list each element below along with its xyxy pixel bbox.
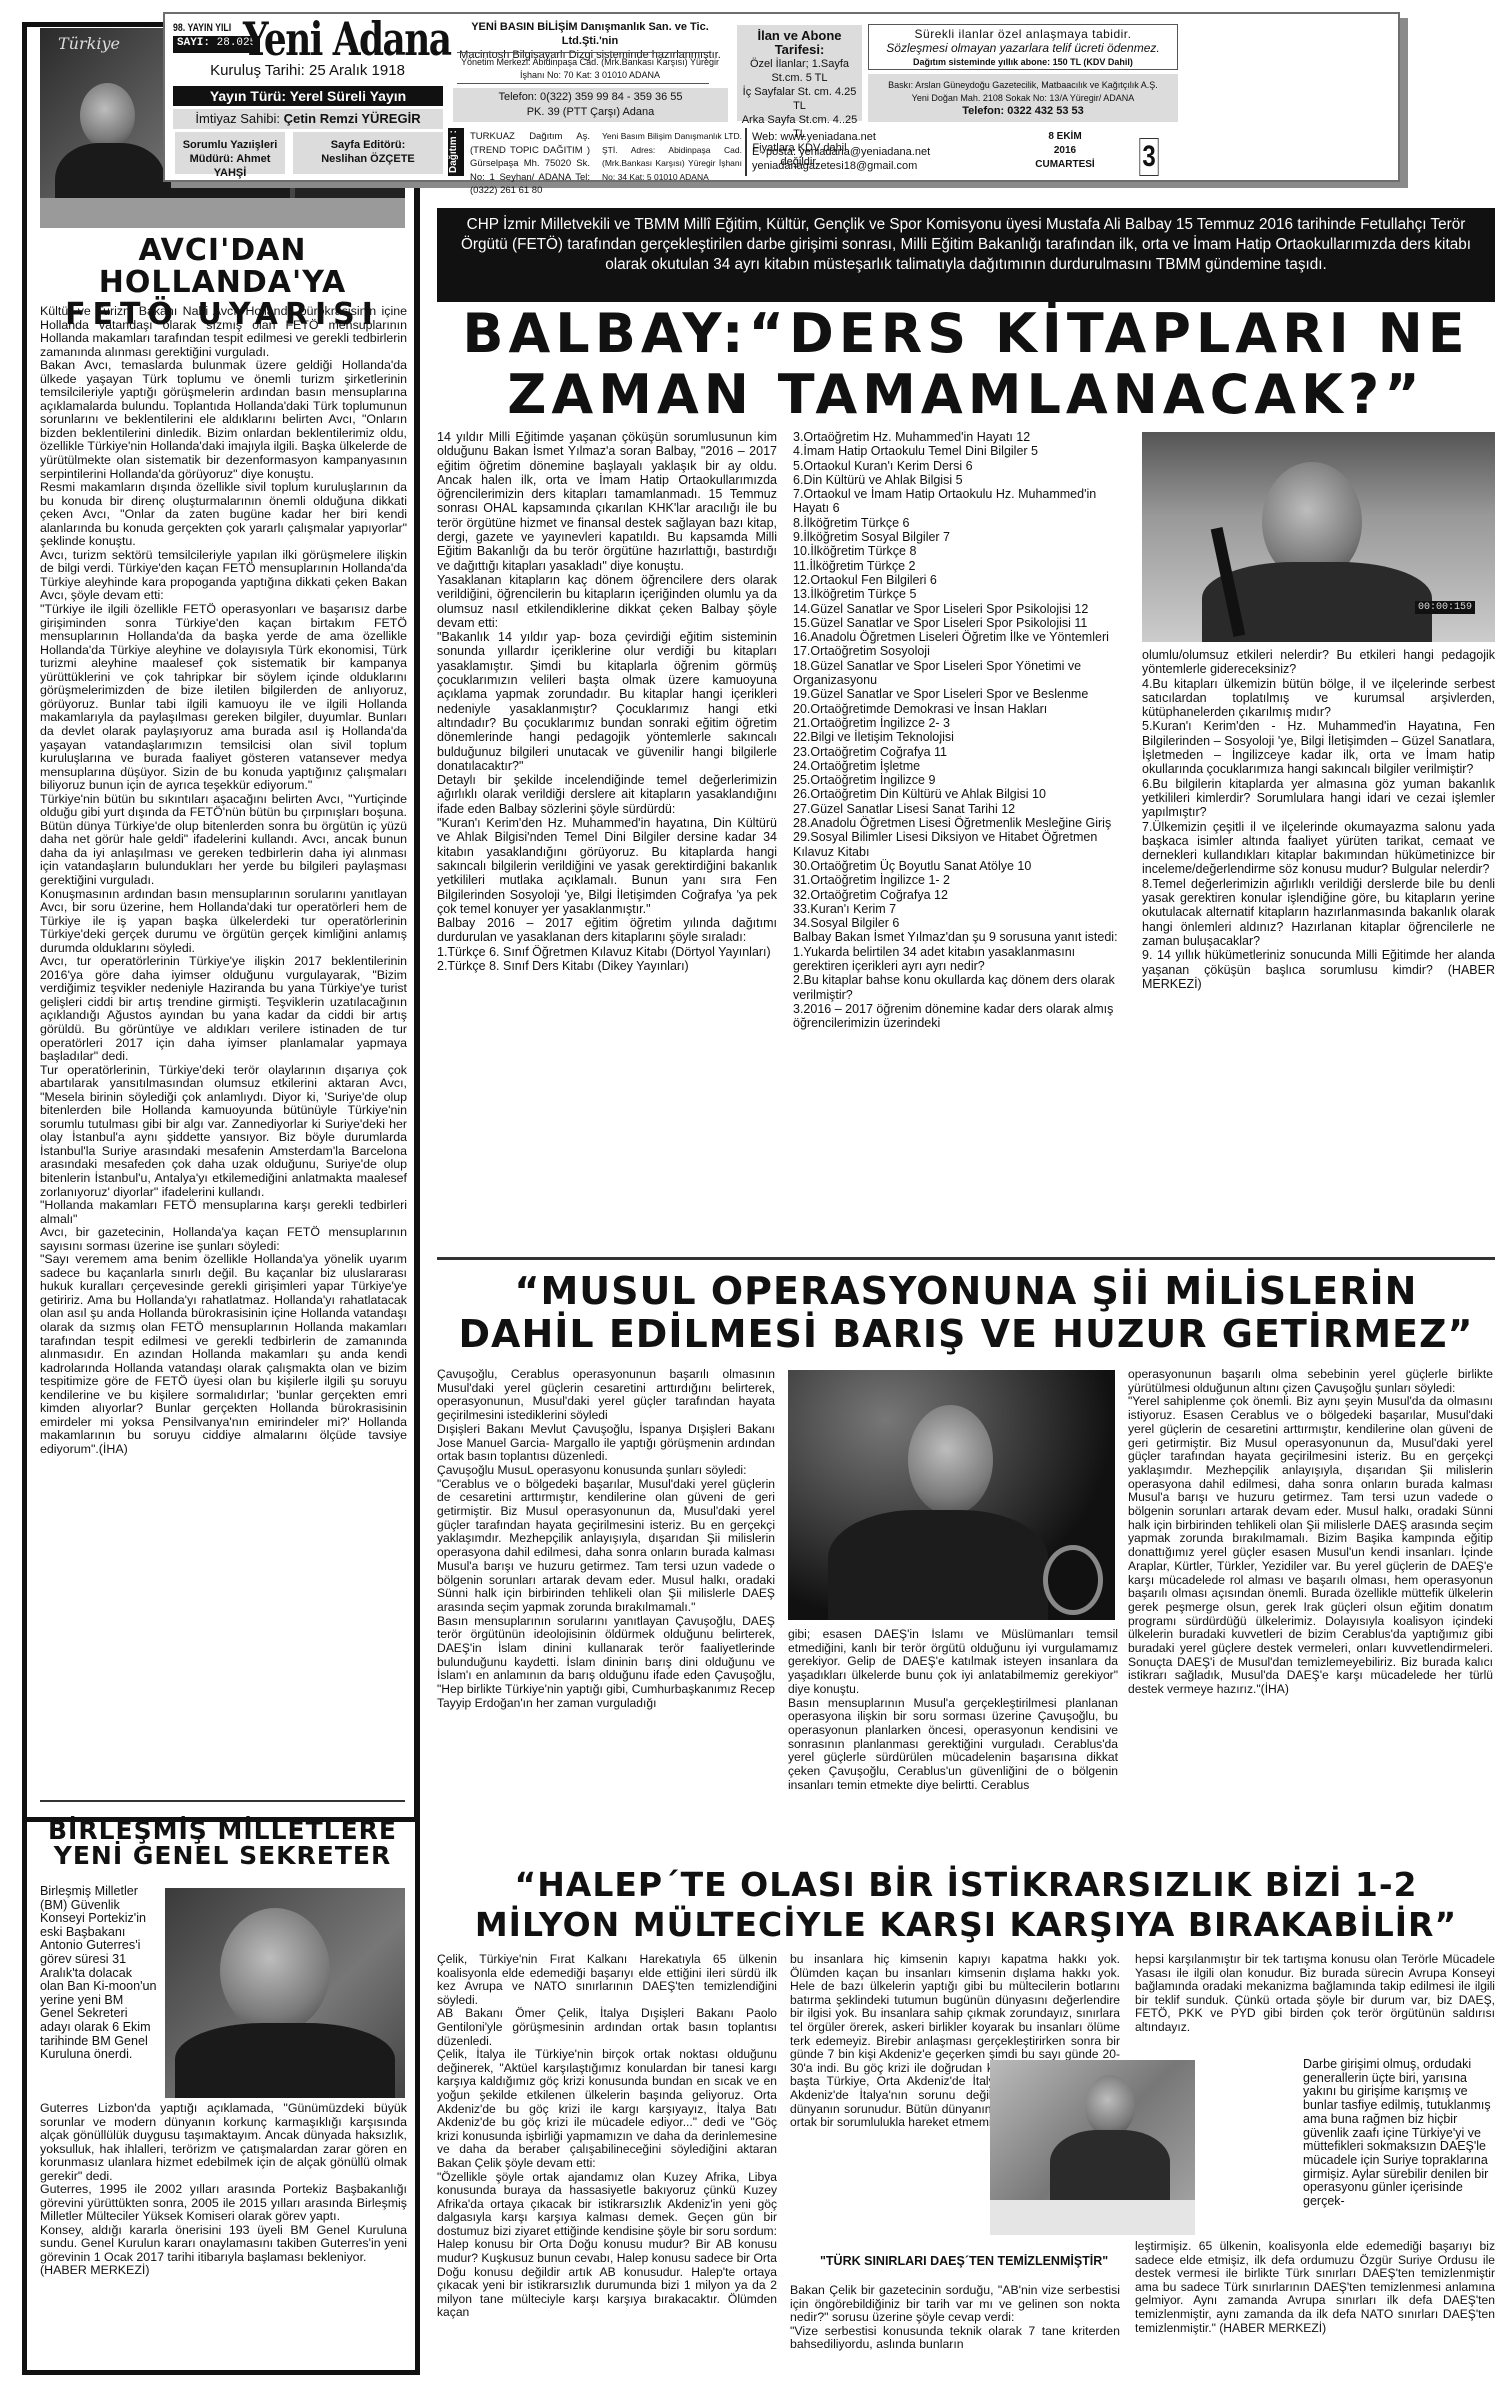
distribution-1: TURKUAZ Dağıtım Aş. (TREND TOPIC DAĞITIM… [470, 130, 590, 198]
management-address: Yönetim Merkezi: Abidinpaşa Cad. (Mrk.Ba… [455, 56, 725, 82]
halep-col3b: Darbe girişimi olmuş, ordudaki generalle… [1303, 2058, 1495, 2238]
un-headline: BİRLEŞMİŞ MİLLETLERE YENİ GENEL SEKRETER [40, 1818, 405, 1868]
halep-col3a: hepsi karşılanmıştır bir tek tartışma ko… [1135, 1953, 1495, 2051]
chief-editor: Sorumlu Yazıişleri Müdürü: Ahmet YAHŞİ [175, 132, 285, 174]
divider [745, 128, 747, 176]
lead-col3: olumlu/olumsuz etkileri nelerdir? Bu etk… [1142, 648, 1495, 1246]
halep-col1: Çelik, Türkiye'nin Fırat Kalkanı Harekat… [437, 1953, 777, 2388]
musul-headline: “MUSUL OPERASYONUNA Şİİ MİLİSLERİN DAHİL… [437, 1270, 1495, 1356]
contact-info: Web: www.yeniadana.net E- posta: yeniada… [752, 130, 932, 174]
lead-col2: 3.Ortaöğretim Hz. Muhammed'in Hayatı 12 … [793, 430, 1128, 1250]
halep-headline: “HALEP´TE OLASI BİR İSTİKRARSIZLIK BİZİ … [437, 1865, 1495, 1945]
newspaper-title: Yeni Adana [243, 12, 450, 66]
musul-col3: operasyonunun başarılı olma sebebinin ye… [1128, 1368, 1493, 1858]
divider [457, 52, 709, 53]
publication-type: Yayın Türü: Yerel Süreli Yayın [173, 86, 443, 106]
publication-year: 98. YAYIN YILI [173, 22, 231, 34]
owner: İmtiyaz Sahibi: Çetin Remzi YÜREGİR [173, 109, 443, 129]
notice-box: Sürekli ilanlar özel anlaşmaya tabidir. … [868, 24, 1178, 70]
lead-col1: 14 yıldır Milli Eğitimde yaşanan çöküşün… [437, 430, 777, 1250]
halep-subhead: "TÜRK SINIRLARI DAEŞ´TEN TEMİZLENMİŞTİR" [820, 2255, 1120, 2269]
phone-info: Telefon: 0(322) 359 99 84 - 359 36 55 PK… [453, 88, 728, 122]
avci-body: Kültür ve Turizm Bakanı Nabi Avcı, Holla… [40, 305, 407, 1800]
halep-col2b: Bakan Çelik bir gazetecinin sorduğu, "AB… [790, 2284, 1120, 2384]
halep-col3c: leştirmişiz. 65 ülkenin, koalisyonla eld… [1135, 2240, 1495, 2385]
page-editor: Sayfa Editörü: Neslihan ÖZÇETE [293, 132, 443, 174]
lead-intro: CHP İzmir Milletvekili ve TBMM Millî Eği… [437, 208, 1495, 302]
founded-date: Kuruluş Tarihi: 25 Aralık 1918 [175, 62, 440, 79]
turkiye-logo: Türkiye [58, 34, 120, 53]
divider [437, 1257, 1495, 1260]
musul-col1: Çavuşoğlu, Cerablus operasyonunun başarı… [437, 1368, 775, 1858]
distribution-label: Dağıtım : [448, 128, 464, 176]
un-intro: Birleşmiş Milletler (BM) Güvenlik Konsey… [40, 1885, 158, 2100]
guterres-photo [165, 1888, 405, 2098]
celik-photo [990, 2060, 1195, 2235]
balbay-photo: 00:00:159 [1142, 432, 1495, 642]
print-info: Baskı: Arslan Güneydoğu Gazetecilik, Mat… [868, 74, 1178, 122]
lead-headline: BALBAY:“DERS KİTAPLARI NE ZAMAN TAMAMLAN… [437, 303, 1495, 425]
divider [457, 83, 709, 84]
divider [40, 1800, 405, 1802]
cavusoglu-photo [788, 1370, 1115, 1620]
issue-date: 8 EKİM 2016 CUMARTESİ [1020, 130, 1110, 172]
table [990, 2200, 1195, 2235]
musul-col2: gibi; esasen DAEŞ'in İslamı ve Müslümanl… [788, 1628, 1118, 1858]
distribution-2: Yeni Basım Bilişim Danışmanlık LTD. ŞTİ.… [602, 130, 742, 184]
ad-rates: İlan ve Abone Tarifesi: Özel İlanlar; 1.… [737, 25, 862, 121]
photo-counter: 00:00:159 [1415, 601, 1475, 614]
emblem-icon [1043, 1545, 1103, 1615]
un-body: Guterres Lizbon'da yaptığı açıklamada, "… [40, 2102, 407, 2357]
page-number: 3 [1139, 138, 1158, 176]
